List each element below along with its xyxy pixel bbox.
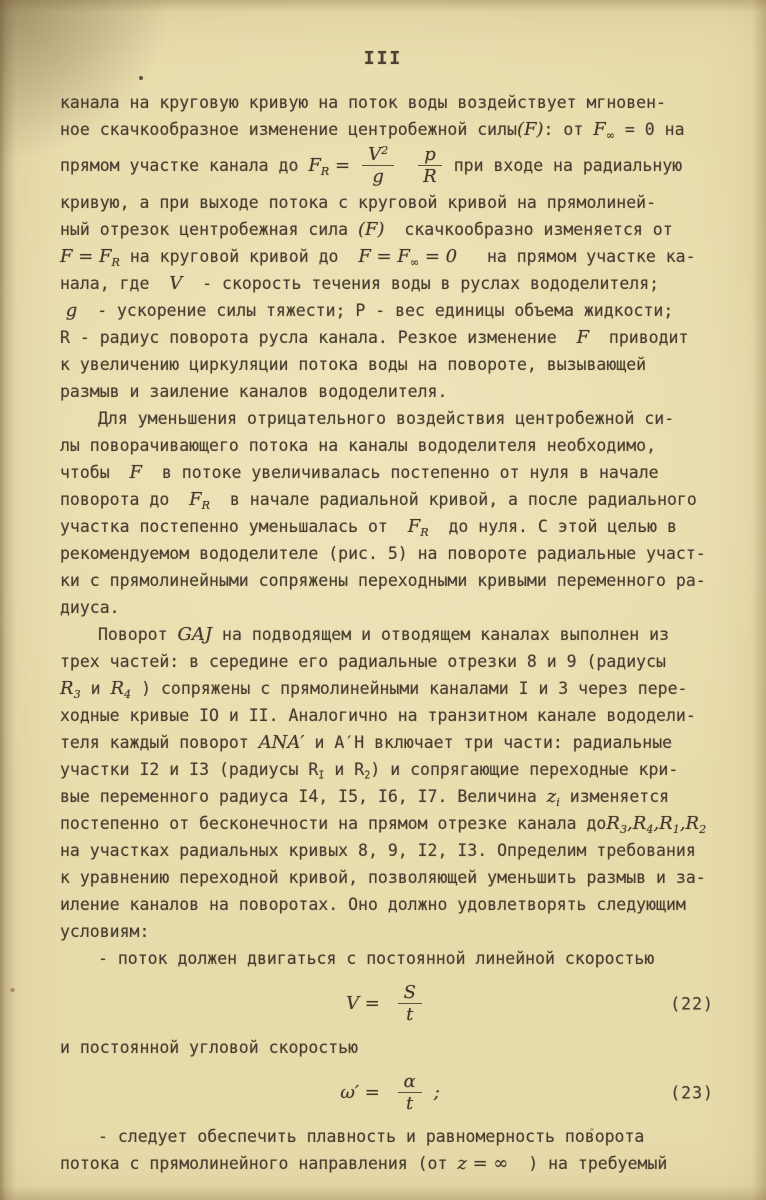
handwritten-symbol: FR	[189, 486, 210, 513]
text-line: размыв и заиление каналов вододелителя.	[60, 378, 720, 405]
typewritten-text: R - радиус поворота русла канала. Резкое…	[60, 324, 577, 351]
fraction-numerator: V2	[362, 145, 394, 166]
text-line: R3 и R4 ) сопряжены с прямолинейными кан…	[60, 675, 720, 702]
handwritten-symbol: F	[130, 459, 143, 486]
typewritten-text: на подводящем и отводящем каналах выполн…	[212, 621, 669, 648]
formula: ω′ = αt;	[340, 1070, 440, 1116]
typewritten-text: к увеличению циркуляции потока воды на п…	[60, 351, 646, 378]
handwritten-symbol: F = FR	[60, 243, 120, 270]
typewritten-text: ное скачкообразное изменение центробежно…	[60, 116, 517, 143]
typewritten-text: на круговой кривой до	[120, 243, 358, 270]
typewritten-text: = 0 на	[615, 116, 685, 143]
handwritten-symbol: = 0	[419, 243, 457, 270]
text-line: лы поворачивающего потока на каналы водо…	[60, 432, 720, 459]
typewritten-text: участки I2 и I3 (радиусы RI	[60, 756, 324, 783]
typewritten-text: приводит	[589, 324, 688, 351]
text-line: чтобы F в потоке увеличивалась постепенн…	[60, 459, 720, 486]
text-line: к уравнению переходной кривой, позволяющ…	[60, 864, 720, 891]
typewritten-text: в потоке увеличивалась постепенно от нул…	[142, 459, 659, 486]
typewritten-text: иление каналов на поворотах. Оно должно …	[60, 891, 686, 918]
text-line: кривую, а при выходе потока с круговой к…	[60, 189, 720, 216]
formula: V = St	[346, 981, 434, 1027]
text-line: трех частей: в середине его радиальные о…	[60, 648, 720, 675]
typewritten-text: лы поворачивающего потока на каналы водо…	[60, 432, 656, 459]
handwritten-symbol: (F)	[517, 116, 544, 143]
handwritten-symbol: (F)	[358, 216, 385, 243]
fraction: αt	[398, 1072, 422, 1114]
handwritten-symbol: g	[60, 297, 77, 324]
text-line: вые переменного радиуса I4, I5, I6, I7. …	[60, 783, 720, 810]
formula-line: ω′ = αt;(23)	[60, 1067, 720, 1119]
fraction-denominator: t	[406, 1004, 413, 1024]
typewritten-text: и постоянной угловой скоростью	[60, 1034, 358, 1061]
typewritten-text: размыв и заиление каналов вододелителя.	[60, 378, 447, 405]
handwritten-symbol: ,R2	[680, 810, 706, 837]
typewritten-text: изменяется	[560, 783, 669, 810]
typewritten-text: и А′Н включает три части: радиальные	[305, 729, 673, 756]
text-line: нала, где V - скорость течения воды в ру…	[60, 270, 720, 297]
fraction-denominator: R	[423, 166, 437, 186]
text-line: Поворот GAJ на подводящем и отводящем ка…	[60, 621, 720, 648]
typewritten-text: - скорость течения воды в руслах вододел…	[182, 270, 659, 297]
handwritten-symbol: F	[577, 324, 590, 351]
text-line: к увеличению циркуляции потока воды на п…	[60, 351, 720, 378]
typewritten-text: ) сопряжены с прямолинейными каналами I …	[131, 675, 687, 702]
typewritten-text: трех частей: в середине его радиальные о…	[60, 648, 666, 675]
formula-line: V = St(22)	[60, 978, 720, 1030]
text-line: теля каждый поворот ANA′ и А′Н включает …	[60, 729, 720, 756]
typewritten-text: ный отрезок центробежная сила	[60, 216, 358, 243]
text-line: F = FR на круговой кривой до F = F∞ = 0 …	[60, 243, 720, 270]
handwritten-symbol: FR	[408, 513, 429, 540]
fraction-numerator: p	[418, 145, 442, 166]
typewritten-text: - ускорение силы тяжести; Р - вес единиц…	[77, 297, 673, 324]
handwritten-symbol: F = F∞	[358, 243, 419, 270]
equation-number: (23)	[670, 1083, 714, 1102]
typewritten-text: вые переменного радиуса I4, I5, I6, I7. …	[60, 783, 547, 810]
fraction-numerator: α	[398, 1072, 422, 1093]
handwritten-symbol: = ∞	[467, 1150, 509, 1177]
text-line: - следует обеспечить плавность и равноме…	[60, 1123, 720, 1150]
typewritten-text: ки с прямолинейными сопряжены переходным…	[60, 567, 706, 594]
text-line: иление каналов на поворотах. Оно должно …	[60, 891, 720, 918]
ink-speck	[10, 988, 15, 992]
typewritten-text: кривую, а при выходе потока с круговой к…	[60, 189, 656, 216]
typewritten-text: постепенно от бесконечности на прямом от…	[60, 810, 606, 837]
text-line: участки I2 и I3 (радиусы RI и R2) и сопр…	[60, 756, 720, 783]
typewritten-text: скачкообразно изменяется от	[385, 216, 673, 243]
typewritten-text: теля каждый поворот	[60, 729, 259, 756]
text-line: условиям:	[60, 918, 720, 945]
typewritten-text: ) на требуемый	[508, 1150, 667, 1177]
handwritten-symbol: ;	[434, 1082, 440, 1103]
fraction-denominator: t	[406, 1093, 413, 1113]
text-line: рекомендуемом вододелителе (рис. 5) на п…	[60, 540, 720, 567]
fraction-numerator: S	[398, 983, 422, 1004]
typewritten-text: и R2	[324, 756, 370, 783]
fraction: pR	[418, 145, 442, 187]
handwritten-symbol: R3	[606, 810, 627, 837]
page-number: III	[0, 0, 766, 69]
typewritten-text: Поворот	[98, 621, 177, 648]
equation-number: (22)	[670, 994, 714, 1013]
handwritten-symbol: F∞	[593, 116, 615, 143]
typewritten-text: прямом участке канала до	[60, 152, 308, 179]
text-line: потока с прямолинейного направления (от …	[60, 1150, 720, 1177]
text-line: диуса.	[60, 594, 720, 621]
handwritten-symbol: GAJ	[177, 621, 212, 648]
text-line: g - ускорение силы тяжести; Р - вес един…	[60, 297, 720, 324]
handwritten-symbol: R4	[110, 675, 131, 702]
typewritten-text: нала, где	[60, 270, 169, 297]
typewritten-text: чтобы	[60, 459, 130, 486]
text-block: канала на круговую кривую на поток воды …	[60, 89, 720, 1177]
typewritten-text: участка постепенно уменьшалась от	[60, 513, 408, 540]
text-line: прямом участке канала до FR =V2gpRпри вх…	[60, 143, 720, 189]
ink-speck	[139, 76, 143, 80]
text-line: канала на круговую кривую на поток воды …	[60, 89, 720, 116]
typewritten-text: поворота до	[60, 486, 189, 513]
text-line: ходные кривые IO и II. Аналогично на тра…	[60, 702, 720, 729]
typewritten-text: - следует обеспечить плавность и равноме…	[98, 1123, 644, 1150]
handwritten-symbol: R3	[60, 675, 81, 702]
handwritten-symbol: zi	[547, 783, 560, 810]
typewritten-text: условиям:	[60, 918, 149, 945]
text-line: - поток должен двигаться с постоянной ли…	[60, 945, 720, 972]
typewritten-text: : от	[544, 116, 594, 143]
typewritten-text: и	[81, 675, 111, 702]
handwritten-symbol: z	[457, 1150, 466, 1177]
typewritten-text: к уравнению переходной кривой, позволяющ…	[60, 864, 706, 891]
text-line: постепенно от бесконечности на прямом от…	[60, 810, 720, 837]
typewritten-text: - поток должен двигаться с постоянной ли…	[98, 945, 654, 972]
handwritten-symbol: ,R1	[653, 810, 679, 837]
typewritten-text: в начале радиальной кривой, а после ради…	[210, 486, 697, 513]
typewritten-text: ходные кривые IO и II. Аналогично на тра…	[60, 702, 696, 729]
fraction-denominator: g	[372, 166, 384, 186]
typewritten-text: Для уменьшения отрицательного воздействи…	[98, 405, 674, 432]
fraction: St	[398, 983, 422, 1025]
text-line: участка постепенно уменьшалась от FR до …	[60, 513, 720, 540]
handwritten-symbol: ω′ =	[340, 1082, 385, 1103]
typewritten-text: ) и сопрягающие переходные кри-	[370, 756, 678, 783]
typewritten-text: до нуля. С этой целью в	[429, 513, 677, 540]
typewritten-text: на участках радиальных кривых 8, 9, I2, …	[60, 837, 696, 864]
text-line: ный отрезок центробежная сила (F) скачко…	[60, 216, 720, 243]
typewritten-text: потока с прямолинейного направления (от	[60, 1150, 457, 1177]
fraction: V2g	[362, 145, 394, 187]
text-line: ное скачкообразное изменение центробежно…	[60, 116, 720, 143]
text-line: и постоянной угловой скоростью	[60, 1034, 720, 1061]
typewritten-text: диуса.	[60, 594, 120, 621]
handwritten-symbol: ANA′	[259, 729, 305, 756]
handwritten-symbol: ,R4	[627, 810, 653, 837]
text-line: на участках радиальных кривых 8, 9, I2, …	[60, 837, 720, 864]
scanned-document-page: III канала на круговую кривую на поток в…	[0, 0, 766, 1200]
text-line: ки с прямолинейными сопряжены переходным…	[60, 567, 720, 594]
typewritten-text: на прямом участке ка-	[457, 243, 695, 270]
text-line: Для уменьшения отрицательного воздействи…	[60, 405, 720, 432]
paper-speck	[590, 1128, 594, 1131]
handwritten-symbol: V	[169, 270, 182, 297]
handwritten-symbol: FR	[308, 152, 329, 179]
text-line: поворота до FR в начале радиальной криво…	[60, 486, 720, 513]
typewritten-text: канала на круговую кривую на поток воды …	[60, 89, 666, 116]
typewritten-text: при входе на радиальную	[454, 152, 682, 179]
text-line: R - радиус поворота русла канала. Резкое…	[60, 324, 720, 351]
typewritten-text: рекомендуемом вододелителе (рис. 5) на п…	[60, 540, 706, 567]
handwritten-symbol: =	[329, 152, 350, 179]
handwritten-symbol: V =	[346, 993, 386, 1014]
